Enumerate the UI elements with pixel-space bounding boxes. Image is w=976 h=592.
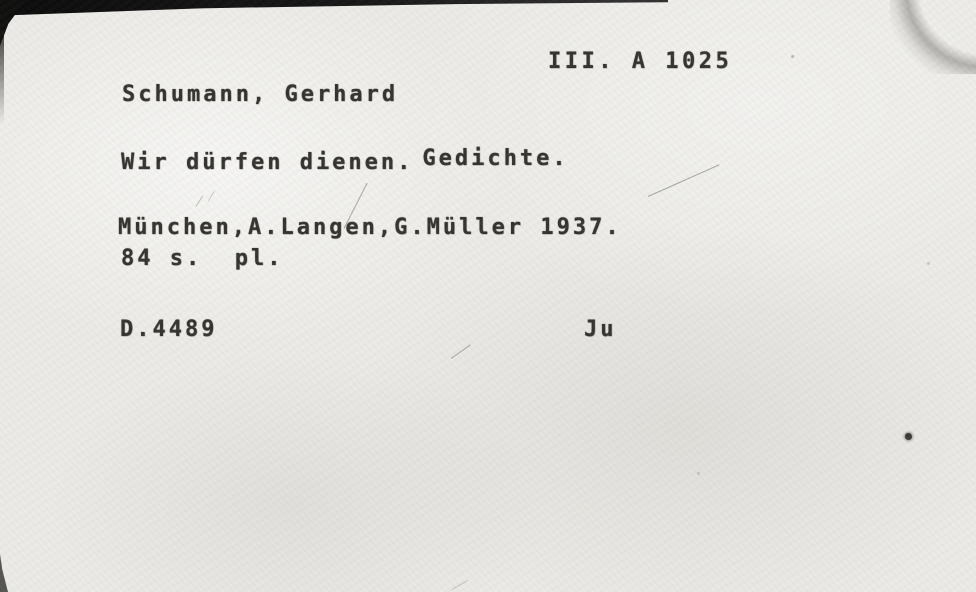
paper-speck bbox=[905, 433, 912, 440]
scan-corner-top-right bbox=[890, 0, 976, 74]
scratch-mark bbox=[452, 580, 468, 590]
collation-line: 84 s. pl. bbox=[121, 247, 283, 271]
title-line: Wir dürfen dienen.Gedichte. bbox=[121, 151, 569, 175]
accession-number: D.4489 bbox=[120, 318, 217, 342]
genre-label: Gedichte. bbox=[422, 146, 568, 171]
scan-edge-left bbox=[0, 30, 4, 125]
author-heading: Schumann, Gerhard bbox=[122, 83, 398, 107]
scan-corner-bottom-left bbox=[0, 554, 8, 592]
scratch-mark bbox=[208, 191, 215, 202]
paper-speck bbox=[791, 55, 794, 58]
title-text: Wir dürfen dienen. bbox=[121, 150, 413, 175]
catalog-card-scan: III. A 1025 Schumann, Gerhard Wir dürfen… bbox=[0, 0, 976, 592]
scan-edge-top bbox=[0, 0, 668, 16]
scratch-mark bbox=[648, 164, 720, 197]
scratch-mark bbox=[451, 344, 471, 359]
imprint-line: München,A.Langen,G.Müller 1937. bbox=[118, 216, 622, 240]
paper-speck bbox=[697, 472, 700, 475]
paper-speck bbox=[927, 262, 930, 265]
category-code: Ju bbox=[584, 318, 617, 342]
call-number: III. A 1025 bbox=[548, 50, 732, 74]
scratch-mark bbox=[196, 195, 204, 207]
